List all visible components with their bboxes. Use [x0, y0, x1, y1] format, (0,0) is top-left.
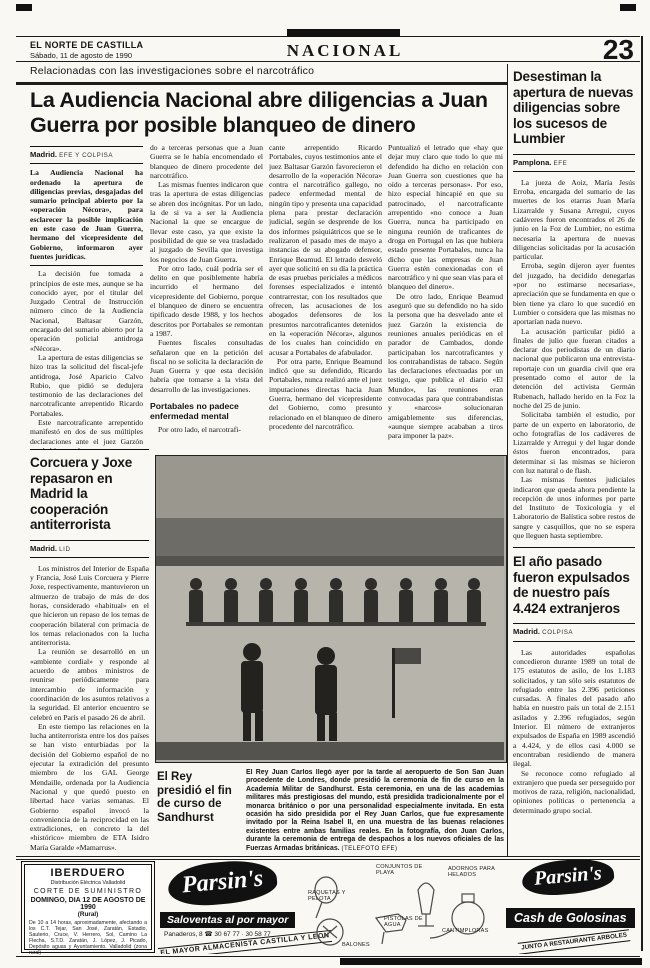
news-photo-art: [156, 456, 504, 760]
rule: [30, 540, 149, 541]
rule: [30, 265, 143, 266]
article-paragraph: De otro lado, Enrique Beamud aseguró que…: [388, 292, 503, 441]
lead-paragraph: La Audiencia Nacional ha ordenado la ape…: [30, 168, 143, 261]
article-paragraph: cante arrepentido Ricardo Portabales, cu…: [269, 143, 382, 357]
expulsados-headline: El año pasado fueron expulsados de nuest…: [513, 554, 635, 616]
product-label: CONJUNTOS DE PLAYA: [376, 864, 428, 876]
byline: Madrid. COLPISA: [513, 627, 635, 637]
article-paragraph: En este tiempo las relaciones en la luch…: [30, 722, 149, 852]
cash-tagline: Cash de Golosinas: [506, 908, 635, 928]
article-paragraph: Por otro lado, el narcotrafi-: [150, 425, 263, 434]
parsins-address: Panaderos, 8: [164, 931, 203, 938]
article-paragraph: La jueza de Aoiz, María Jesús Erroba, en…: [513, 178, 635, 262]
byline-agency: COLPISA: [542, 629, 573, 636]
ad-parsins-cash: Parsin's Cash de Golosinas JUNTO A RESTA…: [504, 860, 636, 954]
article-paragraph: Erroba, según dijeron ayer fuentes del j…: [513, 261, 635, 326]
cash-note: JUNTO A RESTAURANTE ARBOLES: [518, 929, 631, 954]
sidebar: Desestiman la apertura de nuevas diligen…: [513, 64, 635, 858]
ads-top-rule: [16, 856, 640, 857]
ad-parsins-wholesale: Parsin's Saloventas al por mayor Panader…: [158, 860, 500, 954]
kicker-rule: [16, 82, 507, 85]
corcuera-headline: Corcuera y Joxe repasaron en Madrid la c…: [30, 455, 149, 533]
article-paragraph: La apertura de estas diligencias se hizo…: [30, 353, 143, 418]
section-title: NACIONAL: [230, 41, 460, 61]
article-paragraph: La decisión fue tomada a principios de e…: [30, 269, 143, 353]
print-corner-mark: [16, 4, 32, 11]
byline-agency: EFE Y COLPISA: [59, 152, 113, 159]
iberduero-brand: IBERDUERO: [25, 867, 151, 879]
page-edge-rule: [641, 36, 643, 951]
article-subhead: Portabales no padece enfermedad mental: [150, 401, 263, 421]
phone-icon: ☎: [204, 931, 212, 938]
section-bar: [287, 29, 400, 37]
section-divider: [513, 547, 635, 548]
article-paragraph: Fuentes fiscales consultadas señalaron q…: [150, 338, 263, 394]
kicker: Relacionadas con las investigaciones sob…: [30, 65, 314, 77]
rule: [30, 146, 143, 147]
corcuera-article: Corcuera y Joxe repasaron en Madrid la c…: [30, 446, 149, 858]
byline-city: Madrid.: [30, 150, 57, 159]
ad-iberduero: IBERDUERO Distribución Eléctrica Vallado…: [24, 864, 152, 950]
rule: [30, 557, 149, 558]
article-paragraph: Las autoridades españolas concedieron du…: [513, 648, 635, 769]
article-column-1: Madrid. EFE Y COLPISA La Audiencia Nacio…: [30, 143, 143, 449]
product-label: CANTIMPLORAS: [442, 928, 494, 934]
byline-city: Pamplona.: [513, 158, 551, 167]
rule: [30, 163, 143, 164]
product-label: RAQUETAS Y PELOTA: [308, 890, 360, 902]
article-paragraph: Solicitaba también el estudio, por parte…: [513, 410, 635, 475]
article-paragraph: Por otra parte, Enrique Beamund indicó q…: [269, 357, 382, 431]
byline-city: Madrid.: [30, 544, 57, 553]
parsins-contact: Panaderos, 8 ☎ 30 67 77 · 30 58 77: [164, 930, 271, 938]
parsins-tagline: Saloventas al por mayor: [160, 912, 295, 928]
byline: Pamplona. EFE: [513, 158, 635, 168]
rule: [513, 641, 635, 642]
edition-date: Sábado, 11 de agosto de 1990: [30, 51, 132, 60]
iberduero-title: CORTE DE SUMINISTRO: [25, 888, 151, 895]
news-photo: [155, 455, 507, 763]
byline: Madrid. LID: [30, 544, 149, 554]
header-bottom-rule: [16, 61, 640, 62]
iberduero-zone: (Rural): [25, 911, 151, 918]
parsins-logo: Parsin's: [521, 860, 615, 898]
article-paragraph: La acusación particular pidió a finales …: [513, 327, 635, 411]
article-column-4: Puntualizó el letrado que «hay que dejar…: [388, 143, 503, 449]
rule: [513, 171, 635, 172]
byline-agency: EFE: [554, 160, 568, 167]
iberduero-date: DOMINGO, DIA 12 DE AGOSTO DE 1990: [25, 897, 151, 911]
lumbier-headline: Desestiman la apertura de nuevas diligen…: [513, 69, 635, 147]
product-label: PISTOLAS DE AGUA: [384, 916, 436, 928]
bottom-bar: [340, 958, 642, 965]
bottom-rule: [16, 956, 640, 957]
product-label: BALONES: [342, 942, 394, 948]
article-paragraph: Puntualizó el letrado que «hay que dejar…: [388, 143, 503, 292]
rule: [513, 154, 635, 155]
rule: [30, 449, 149, 450]
photo-caption-label: El Rey presidió el fin de curso de Sandh…: [157, 771, 239, 825]
parsins-logo: Parsin's: [166, 860, 279, 909]
product-label: ADORNOS PARA HELADOS: [448, 866, 500, 878]
article-paragraph: do a terceras personas que a Juan Guerra…: [150, 143, 263, 180]
photo-credit: (TELEFOTO EFE): [342, 845, 398, 852]
article-paragraph: Los ministros del Interior de España y F…: [30, 564, 149, 648]
print-corner-mark: [620, 4, 636, 11]
article-paragraph: Las mismas fuentes indicaron que tras la…: [150, 180, 263, 264]
newspaper-page: EL NORTE DE CASTILLA Sábado, 11 de agost…: [0, 0, 650, 968]
byline-agency: LID: [59, 546, 70, 553]
iberduero-subtitle: Distribución Eléctrica Valladolid: [25, 880, 151, 886]
main-headline: La Audiencia Nacional abre diligencias a…: [30, 88, 508, 138]
article-column-3: cante arrepentido Ricardo Portabales, cu…: [269, 143, 382, 449]
article-paragraph: Se reconoce como refugiado al extranjero…: [513, 769, 635, 815]
article-paragraph: Por otro lado, cuál podría ser el delito…: [150, 264, 263, 338]
article-column-2: do a terceras personas que a Juan Guerra…: [150, 143, 263, 449]
rule: [513, 623, 635, 624]
article-paragraph: Las mismas fuentes judiciales indicaron …: [513, 475, 635, 540]
article-paragraph: La reunión se desarrolló en un «ambiente…: [30, 647, 149, 721]
masthead: EL NORTE DE CASTILLA: [30, 40, 143, 50]
photo-caption: El Rey Juan Carlos llegó ayer por la tar…: [246, 769, 504, 857]
photo-caption-text: El Rey Juan Carlos llegó ayer por la tar…: [246, 769, 504, 852]
byline: Madrid. EFE Y COLPISA: [30, 150, 143, 160]
byline-city: Madrid.: [513, 627, 540, 636]
sidebar-divider: [507, 64, 508, 856]
iberduero-details: De 10 a 14 horas, aproximadamente, afect…: [25, 918, 151, 956]
article-paragraph: Este narcotraficante arrepentido manifes…: [30, 418, 143, 449]
